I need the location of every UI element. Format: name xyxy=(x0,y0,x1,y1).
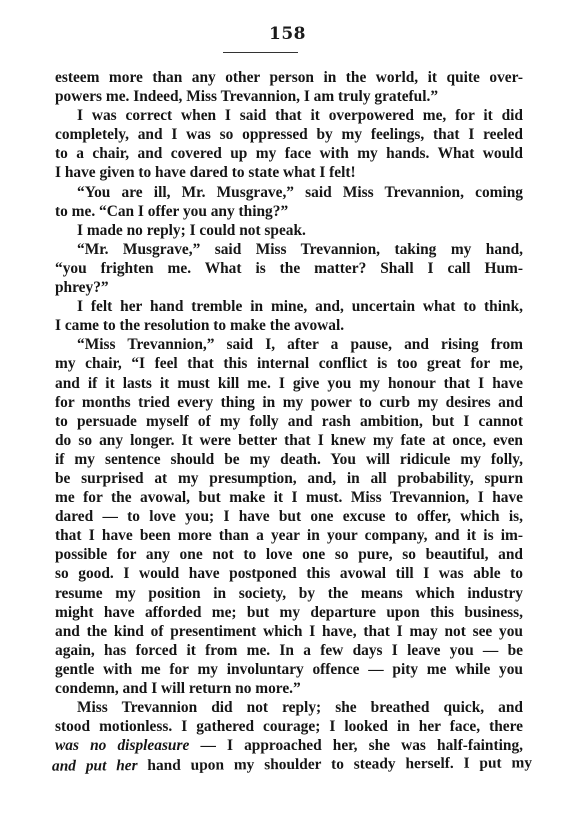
text-line: be surprised at my presumption, and, in … xyxy=(55,469,523,488)
text-line: my chair, “I feel that this internal con… xyxy=(55,354,523,373)
text-line: possible for any one not to love one so … xyxy=(55,545,523,564)
text-run: — I approached her, she was half-faintin… xyxy=(189,737,523,754)
text-line: dared — to love you; I have but one excu… xyxy=(55,507,523,526)
text-line: “Miss Trevannion,” said I, after a pause… xyxy=(55,335,523,354)
italic-text: was no displeasure xyxy=(55,737,189,754)
text-line: completely, and I was so oppressed by my… xyxy=(55,125,523,144)
text-line: “Mr. Musgrave,” said Miss Trevannion, ta… xyxy=(55,240,523,259)
text-line: do so any longer. It were better that I … xyxy=(55,431,523,450)
text-line: to persuade myself of my folly and rash … xyxy=(55,412,523,431)
text-line: condemn, and I will return no more.” xyxy=(55,679,523,698)
text-line: Miss Trevannion did not reply; she breat… xyxy=(55,698,523,717)
text-line: I came to the resolution to make the avo… xyxy=(55,316,523,335)
text-line: resume my position in society, by the me… xyxy=(55,584,523,603)
text-line: and if it lasts it must kill me. I give … xyxy=(55,374,523,393)
header-rule xyxy=(223,52,298,53)
text-line: I was correct when I said that it overpo… xyxy=(55,106,523,125)
text-line: might have afforded me; but my departure… xyxy=(55,603,523,622)
text-line: I felt her hand tremble in mine, and, un… xyxy=(55,297,523,316)
text-line: to me. “Can I offer you any thing?” xyxy=(55,202,523,221)
text-line: I made no reply; I could not speak. xyxy=(55,221,523,240)
text-line: to a chair, and covered up my face with … xyxy=(55,144,523,163)
text-line: was no displeasure — I approached her, s… xyxy=(55,736,523,755)
body-text: esteem more than any other person in the… xyxy=(55,68,523,774)
text-line: phrey?” xyxy=(55,278,523,297)
page-number: 158 xyxy=(0,24,575,44)
text-line: powers me. Indeed, Miss Trevannion, I am… xyxy=(55,87,523,106)
text-line: if my sentence should be my death. You w… xyxy=(55,450,523,469)
book-page: 158 esteem more than any other person in… xyxy=(0,0,575,835)
text-line: and the kind of presentiment which I hav… xyxy=(55,622,523,641)
text-line: I have given to have dared to state what… xyxy=(55,163,523,182)
text-line: “You are ill, Mr. Musgrave,” said Miss T… xyxy=(55,183,523,202)
text-line: for months tried every thing in my power… xyxy=(55,393,523,412)
text-line: so good. I would have postponed this avo… xyxy=(55,564,523,583)
text-line: and put her hand upon my shoulder to ste… xyxy=(52,754,532,776)
text-line: “you frighten me. What is the matter? Sh… xyxy=(55,259,523,278)
text-line: gentle with me for my involuntary offenc… xyxy=(55,660,523,679)
italic-text: and put her xyxy=(52,757,138,775)
text-line: again, has forced it from me. In a few d… xyxy=(55,641,523,660)
text-line: me for the avowal, but make it I must. M… xyxy=(55,488,523,507)
text-line: stood motionless. I gathered courage; I … xyxy=(55,717,523,736)
text-line: that I have been more than a year in you… xyxy=(55,526,523,545)
text-run: hand upon my shoulder to steady herself.… xyxy=(137,755,532,775)
text-line: esteem more than any other person in the… xyxy=(55,68,523,87)
